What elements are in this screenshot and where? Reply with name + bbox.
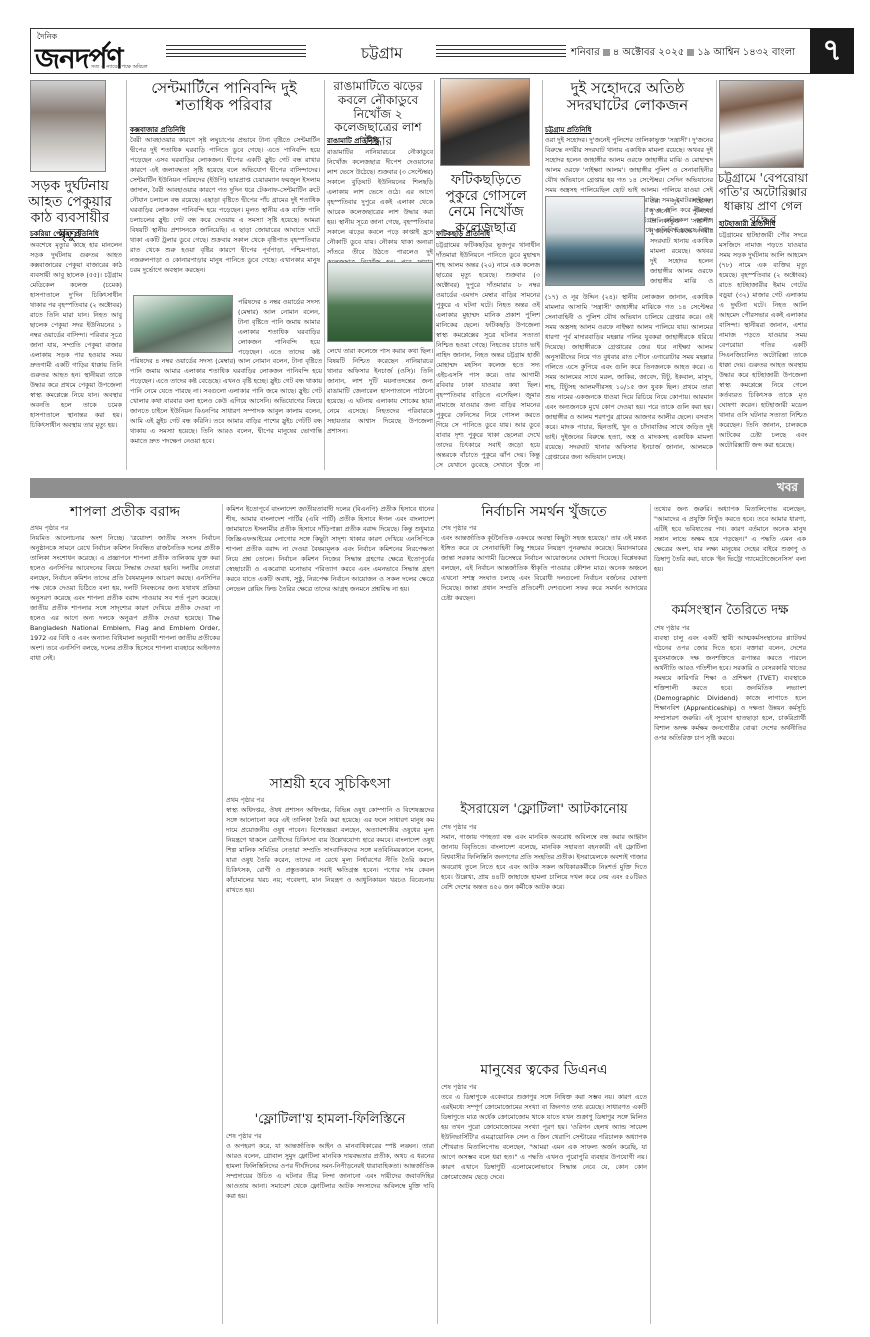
masthead: দৈনিক জনদর্পণ সত্য ও ন্যায়ের পক্ষে অবিচ… — [30, 28, 810, 74]
column-divider — [650, 504, 651, 1324]
section-band-label: খবর — [777, 479, 798, 499]
date-gregorian: ৪ অক্টোবর ২০২৫ — [613, 47, 685, 58]
article-body: কমিশন ইতোপূর্বে বাংলাদেশ জাতীয়তাবাদী দল… — [226, 504, 434, 776]
headline-fatikchhari: ফটিকছড়িতে পুকুরে গোসলে নেমে নিখোঁজ কলেজ… — [433, 172, 539, 236]
article-body: ও অপহরণ করে, যা আন্তর্জাতিক আইন ও মানবাধ… — [226, 1141, 434, 1328]
byline: হাটহাজারী প্রতিনিধি — [719, 218, 775, 230]
dateline: শনিবার৪ অক্টোবর ২০২৫১৯ আশ্বিন ১৪৩২ বাংলা — [571, 45, 795, 62]
port-photo — [545, 196, 645, 286]
article-body: তবে এ ডিম্বাণুকে একেবারে শুক্রাণুর সঙ্গে… — [441, 1092, 647, 1328]
column-divider — [716, 80, 717, 470]
article-body: স্বাস্থ্য অধিদপ্তর, ঔষধ প্রশাসন অধিদপ্তর… — [226, 805, 434, 1111]
article-body: এবং আন্তর্জাতিক কূটনৈতিক একঘরে অবস্থা কি… — [441, 533, 647, 801]
headline-sadarghat: দুই সহোদরে অতিষ্ঠ সদরঘাটের লোকজন — [545, 80, 710, 115]
headline-flotilla-attack: 'ফ্লোটিলা'য় হামলা-ফিলিস্তিনে — [226, 1113, 434, 1128]
article-body: তথ্যের জন্য জরুরি। অধ্যাপক মিতালিপোভ বলে… — [654, 504, 806, 594]
headline-medicine: সাশ্রয়ী হবে সুচিকিৎসা — [226, 776, 434, 792]
date-bangla: ১৯ আশ্বিন ১৪৩২ বাংলা — [697, 47, 795, 58]
column-divider — [126, 80, 127, 470]
separator-square-icon — [603, 49, 610, 56]
decorative-rules — [436, 45, 566, 57]
student-photo — [440, 78, 530, 166]
masthead-tagline: সত্য ও ন্যায়ের পক্ষে অবিচল — [91, 64, 148, 72]
section-name: চট্টগ্রাম — [361, 42, 402, 67]
column-divider — [324, 80, 325, 470]
byline: ফটিকছড়ি প্রতিনিধি — [436, 228, 490, 240]
hills-photo — [327, 262, 433, 342]
page-number: ৭ — [810, 28, 854, 74]
portrait-photo — [30, 80, 106, 172]
article-body: ওরা দুই সহোদর। দু'জনেই পুলিশের তালিকাভুক… — [650, 196, 713, 288]
headline-dna: মানুষের ত্বকের ডিএনএ — [441, 1062, 647, 1078]
day: শনিবার — [571, 47, 600, 58]
decorative-rules — [166, 45, 306, 57]
article-body: সমান, গাজায় গণহত্যা বন্ধ এবং মানবিক অবর… — [441, 832, 647, 1058]
article-body: চট্টগ্রামের ফটিকছড়ির ভূজপুর থানাধীন দাঁ… — [436, 240, 540, 468]
newspaper-logo: জনদর্পণ — [35, 37, 122, 84]
article-body: চট্টগ্রামের হাটহাজারী পৌর সদরে মসজিদে না… — [719, 230, 807, 468]
flood-photo — [133, 295, 233, 353]
column-divider — [222, 504, 223, 1324]
section-band-news: খবর — [30, 478, 804, 498]
column-divider — [542, 80, 543, 470]
article-body: ব্যবস্থা চালু এবং একটি স্থায়ী আত্মকর্মস… — [654, 633, 806, 1328]
article-body: নিয়মিত আলোচনার অংশ নিচ্ছে। 'ত্রয়োদশ জা… — [30, 533, 220, 1328]
column-divider — [434, 80, 435, 470]
byline: রাঙামাটি প্রতিনিধি — [327, 135, 379, 147]
elderly-man-photo — [719, 80, 804, 168]
article-body: পরিষদের ৪ নম্বর ওয়ার্ডের সদস্য (মেম্বার… — [130, 356, 322, 468]
headline-shapla: শাপলা প্রতীক বরাদ্দ — [30, 504, 220, 520]
headline-israel-flotilla: ইসরায়েল 'ফ্লোটিলা' আটকানোয় — [441, 803, 647, 818]
headline-employment: কর্মসংস্থান তৈরিতে দক্ষ — [654, 604, 806, 619]
article-body: লেখে তারা কলেজে পাস করার কথা ছিল। বিষয়ট… — [327, 346, 433, 468]
headline-saint-martin: সেন্টমার্টিনে পানিবন্দি দুই শতাধিক পরিবা… — [130, 80, 318, 115]
headline-election: নির্বাচনি সমর্থন খুঁজতে — [441, 504, 647, 520]
byline: চকরিয়া পেকুয়া প্রতিনিধি — [30, 228, 99, 240]
article-body: (১৭) ও নূর উদ্দিন (২৪)। স্থানীয় লোকজন জ… — [545, 292, 713, 468]
article-body: অবশেষে মৃত্যুর কাছে হার মানলেন সড়ক দুর্… — [30, 240, 122, 468]
article-body: বৈরী আবহাওয়ার কারণে সৃষ্ট লঘুচাপের প্রভ… — [130, 135, 320, 295]
column-divider — [437, 504, 438, 1324]
article-body: পরিষদের ৪ নম্বর ওয়ার্ডের সদস্য (মেম্বার… — [238, 297, 320, 355]
separator-square-icon — [687, 49, 694, 56]
